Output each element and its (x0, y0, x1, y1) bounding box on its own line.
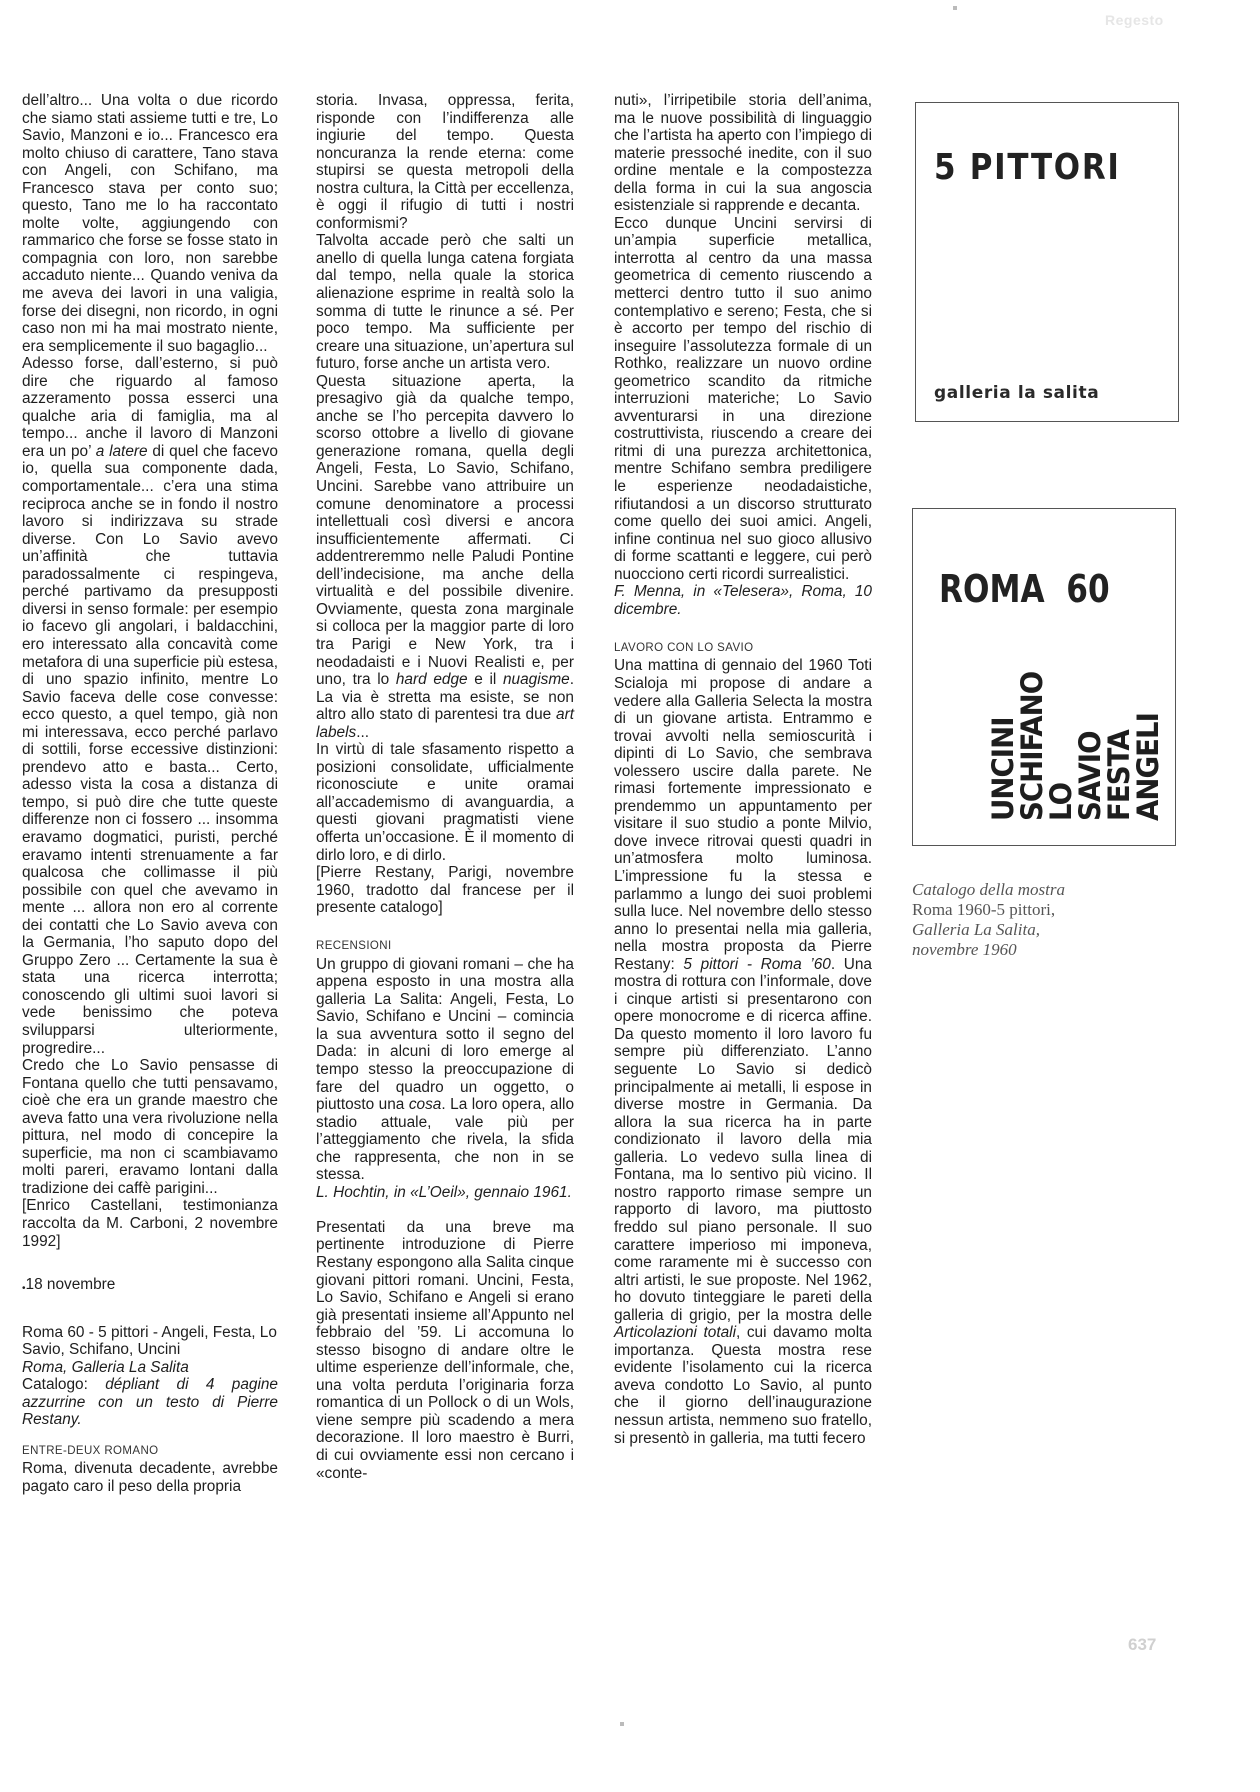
section-heading: Lavoro con Lo Savio (614, 640, 872, 658)
catalogue-cover-image: 5 PITTORI galleria la salita (915, 102, 1179, 422)
source-citation: [Enrico Castellani, testimonianza raccol… (22, 1197, 278, 1250)
scan-speck (953, 6, 957, 10)
catalogue-note: Catalogo: dépliant di 4 pagine azzurrine… (22, 1376, 278, 1429)
paragraph: dell’altro... Una volta o due ricordo ch… (22, 92, 278, 355)
review-source: L. Hochtin, in «L’Oeil», gennaio 1961. (316, 1184, 574, 1202)
exhibition-title: Roma 60 - 5 pittori - Angeli, Festa, Lo … (22, 1324, 278, 1359)
paragraph: Una mattina di gennaio del 1960 Toti Sci… (614, 657, 872, 1447)
paragraph: In virtù di tale sfasamento rispetto a p… (316, 741, 574, 864)
paragraph: Questa situazione aperta, la presagivo g… (316, 373, 574, 741)
review-paragraph: Un gruppo di giovani romani – che ha app… (316, 956, 574, 1184)
text-column-1: dell’altro... Una volta o due ricordo ch… (22, 92, 278, 1496)
entry-date: •18 novembre (22, 1276, 278, 1298)
paragraph: Ecco dunque Uncini servirsi di un’ampia … (614, 215, 872, 583)
text-column-2: storia. Invasa, oppressa, ferita, rispon… (316, 92, 574, 1482)
paragraph: nuti», l’irripetibile storia dell’anima,… (614, 92, 872, 215)
paragraph: Roma, divenuta decadente, avrebbe pagato… (22, 1460, 278, 1495)
document-page: Regesto dell’altro... Una volta o due ri… (0, 0, 1260, 1792)
artist-name: UNCINI (989, 707, 1018, 821)
review-paragraph: Presentati da una breve ma pertinente in… (316, 1219, 574, 1482)
paragraph: Talvolta accade però che salti un anello… (316, 232, 574, 372)
artist-name: ANGELI (1134, 707, 1163, 821)
section-heading: Recensioni (316, 938, 574, 956)
figure-caption: Catalogo della mostra Roma 1960-5 pittor… (912, 880, 1065, 960)
section-heading: Entre-deux romano (22, 1443, 278, 1461)
paragraph: storia. Invasa, oppressa, ferita, rispon… (316, 92, 574, 232)
catalogue-inner-image: ROMA 60 ANGELI FESTA LO SAVIO SCHIFANO U… (912, 508, 1176, 846)
artist-name: FESTA (1105, 707, 1134, 821)
scan-speck (620, 1722, 624, 1726)
paragraph: Credo che Lo Savio pensasse di Fontana q… (22, 1057, 278, 1197)
italic-term: a latere (96, 443, 148, 460)
review-source: F. Menna, in «Telesera», Roma, 10 dicemb… (614, 583, 872, 618)
artist-names-vertical: ANGELI FESTA LO SAVIO SCHIFANO UNCINI (943, 704, 1163, 824)
source-citation: [Pierre Restany, Parigi, novembre 1960, … (316, 864, 574, 917)
running-head: Regesto (1105, 12, 1164, 28)
exhibition-venue: Roma, Galleria La Salita (22, 1359, 278, 1377)
artist-name: SCHIFANO (1018, 707, 1047, 821)
page-number: 637 (1128, 1635, 1156, 1655)
text-column-3: nuti», l’irripetibile storia dell’anima,… (614, 92, 872, 1447)
cover-publisher: galleria la salita (934, 383, 1099, 403)
paragraph: Adesso forse, dall’esterno, si può dire … (22, 355, 278, 1057)
cover-title: 5 PITTORI (934, 147, 1121, 188)
artist-name: LO SAVIO (1047, 707, 1105, 821)
inner-title: ROMA 60 (939, 567, 1110, 611)
